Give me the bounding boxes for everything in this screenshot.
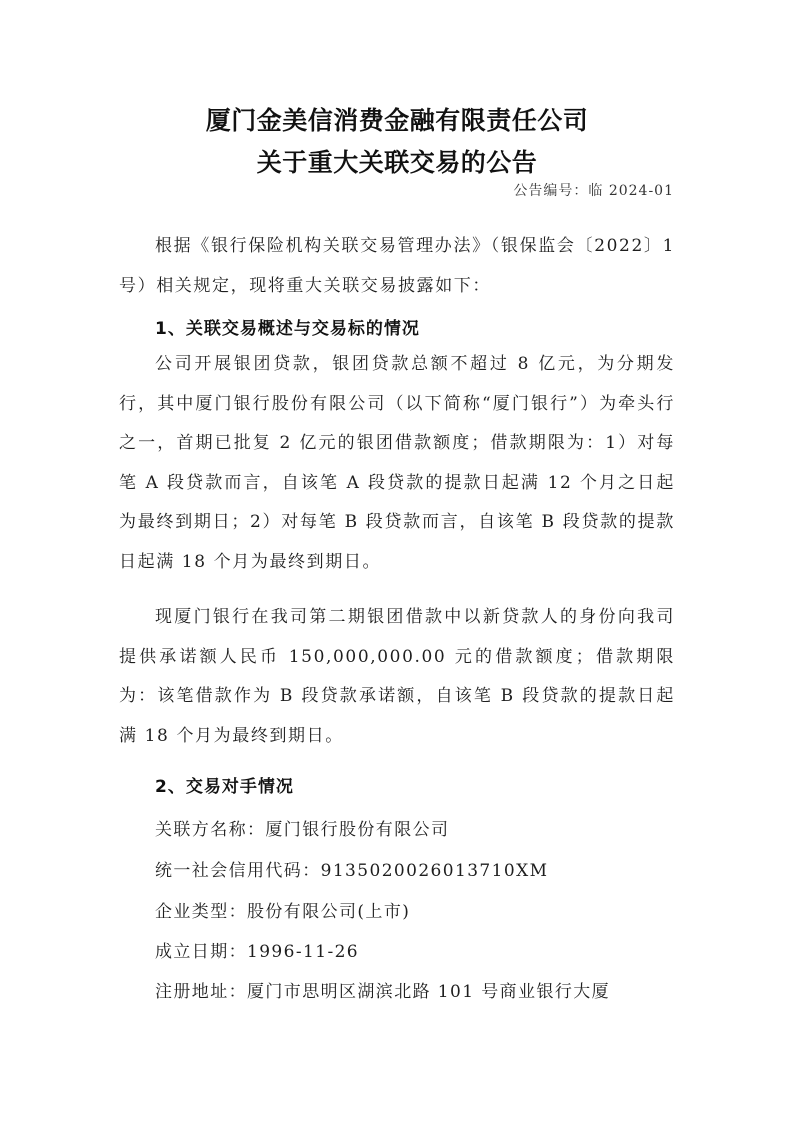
field-established-date: 成立日期：1996-11-26 (155, 937, 359, 962)
field-label: 企业类型： (155, 902, 247, 922)
field-value: 9135020026013710XM (321, 861, 549, 881)
field-label: 成立日期： (155, 942, 247, 962)
section-1-paragraph-2: 现厦门银行在我司第二期银团借款中以新贷款人的身份向我司提供承诺额人民币 150,… (119, 598, 675, 756)
field-value: 股份有限公司(上市) (247, 902, 410, 922)
section-1-heading: 1、关联交易概述与交易标的情况 (155, 314, 420, 339)
field-related-party-name: 关联方名称：厦门银行股份有限公司 (155, 815, 449, 840)
field-label: 统一社会信用代码： (155, 861, 321, 881)
section-1-paragraph-1: 公司开展银团贷款，银团贷款总额不超过 8 亿元，为分期发行，其中厦门银行股份有限… (119, 345, 675, 582)
announcement-number: 公告编号：临 2024-01 (513, 180, 674, 200)
field-label: 关联方名称： (155, 820, 265, 840)
intro-paragraph: 根据《银行保险机构关联交易管理办法》（银保监会〔2022〕1号）相关规定，现将重… (119, 227, 675, 306)
field-value: 厦门市思明区湖滨北路 101 号商业银行大厦 (247, 982, 610, 1002)
document-title-company: 厦门金美信消费金融有限责任公司 (0, 101, 794, 137)
field-value: 1996-11-26 (247, 942, 359, 962)
field-credit-code: 统一社会信用代码：9135020026013710XM (155, 856, 548, 881)
document-title-subject: 关于重大关联交易的公告 (0, 143, 794, 179)
field-value: 厦门银行股份有限公司 (265, 820, 449, 840)
section-2-heading: 2、交易对手情况 (155, 772, 294, 797)
field-label: 注册地址： (155, 982, 247, 1002)
document-page: 厦门金美信消费金融有限责任公司 关于重大关联交易的公告 公告编号：临 2024-… (0, 0, 794, 1123)
field-registered-address: 注册地址：厦门市思明区湖滨北路 101 号商业银行大厦 (155, 977, 610, 1002)
field-enterprise-type: 企业类型：股份有限公司(上市) (155, 897, 410, 922)
